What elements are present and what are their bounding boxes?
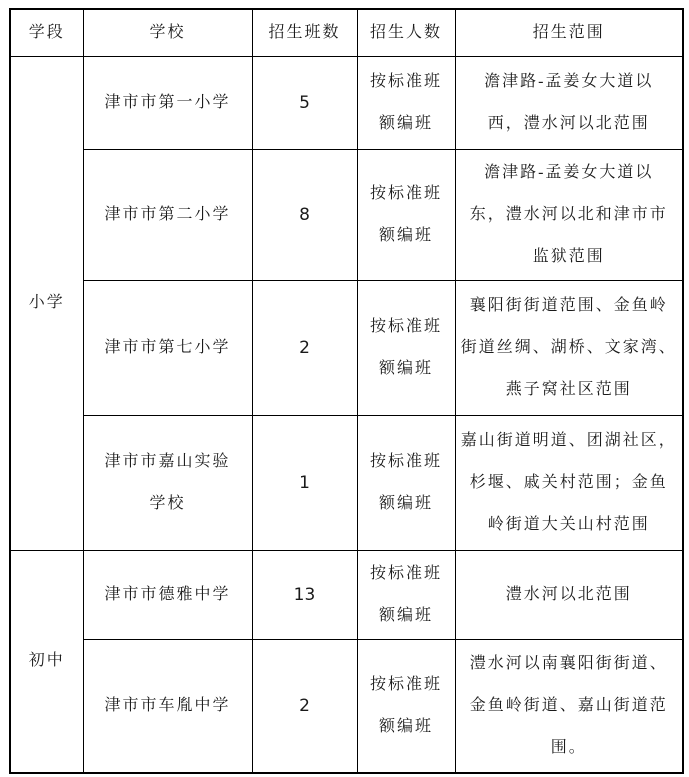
- stage-cell-junior: 初中: [10, 550, 83, 773]
- school-cell: 津市市第七小学: [83, 280, 252, 415]
- header-classes: 招生班数: [252, 9, 357, 56]
- school-cell: 津市市德雅中学: [83, 550, 252, 639]
- school-cell: 津市市第一小学: [83, 56, 252, 149]
- range-cell: 嘉山街道明道、团湖社区， 杉堰、戚关村范围；金鱼 岭街道大关山村范围: [455, 415, 683, 550]
- classes-cell: 5: [252, 56, 357, 149]
- stage-cell-primary: 小学: [10, 56, 83, 550]
- table-row: 小学 津市市第一小学 5 按标准班 额编班 澹津路-孟姜女大道以 西，澧水河以北…: [10, 56, 683, 149]
- students-cell: 按标准班 额编班: [357, 550, 455, 639]
- classes-cell: 8: [252, 149, 357, 280]
- school-cell: 津市市第二小学: [83, 149, 252, 280]
- range-cell: 澹津路-孟姜女大道以 西，澧水河以北范围: [455, 56, 683, 149]
- classes-cell: 1: [252, 415, 357, 550]
- header-students: 招生人数: [357, 9, 455, 56]
- students-cell: 按标准班 额编班: [357, 280, 455, 415]
- classes-cell: 2: [252, 280, 357, 415]
- range-cell: 澧水河以南襄阳街街道、 金鱼岭街道、嘉山街道范 围。: [455, 639, 683, 773]
- range-cell: 襄阳街街道范围、金鱼岭 街道丝绸、湖桥、文家湾、 燕子窝社区范围: [455, 280, 683, 415]
- students-cell: 按标准班 额编班: [357, 149, 455, 280]
- table-row: 津市市车胤中学 2 按标准班 额编班 澧水河以南襄阳街街道、 金鱼岭街道、嘉山街…: [10, 639, 683, 773]
- classes-cell: 13: [252, 550, 357, 639]
- students-cell: 按标准班 额编班: [357, 639, 455, 773]
- enrollment-table: 学段 学校 招生班数 招生人数 招生范围 小学 津市市第一小学 5 按标准班 额…: [9, 8, 684, 774]
- table-row: 津市市第二小学 8 按标准班 额编班 澹津路-孟姜女大道以 东，澧水河以北和津市…: [10, 149, 683, 280]
- students-cell: 按标准班 额编班: [357, 415, 455, 550]
- header-stage: 学段: [10, 9, 83, 56]
- document-page: 学段 学校 招生班数 招生人数 招生范围 小学 津市市第一小学 5 按标准班 额…: [0, 0, 689, 774]
- table-row: 津市市嘉山实验 学校 1 按标准班 额编班 嘉山街道明道、团湖社区， 杉堰、戚关…: [10, 415, 683, 550]
- header-range: 招生范围: [455, 9, 683, 56]
- range-cell: 澧水河以北范围: [455, 550, 683, 639]
- students-cell: 按标准班 额编班: [357, 56, 455, 149]
- classes-cell: 2: [252, 639, 357, 773]
- header-row: 学段 学校 招生班数 招生人数 招生范围: [10, 9, 683, 56]
- table-row: 初中 津市市德雅中学 13 按标准班 额编班 澧水河以北范围: [10, 550, 683, 639]
- table-row: 津市市第七小学 2 按标准班 额编班 襄阳街街道范围、金鱼岭 街道丝绸、湖桥、文…: [10, 280, 683, 415]
- range-cell: 澹津路-孟姜女大道以 东，澧水河以北和津市市 监狱范围: [455, 149, 683, 280]
- header-school: 学校: [83, 9, 252, 56]
- school-cell: 津市市嘉山实验 学校: [83, 415, 252, 550]
- school-cell: 津市市车胤中学: [83, 639, 252, 773]
